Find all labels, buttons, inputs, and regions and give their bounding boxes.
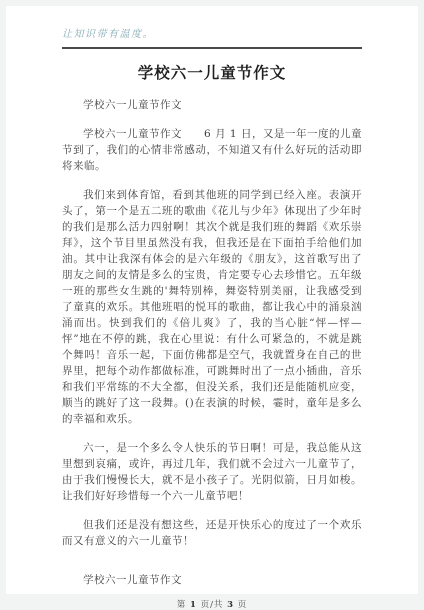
document-content: 让知识带有温度。 学校六一儿童节作文 学校六一儿童节作文 学校六一儿童节作文 6…	[6, 28, 418, 600]
paragraph: 我们来到体育馆，看到其他班的同学到已经入座。表演开头了，第一个是五二班的歌曲《花…	[62, 187, 362, 427]
document-title: 学校六一儿童节作文	[62, 64, 362, 84]
closing-title-line: 学校六一儿童节作文	[62, 572, 362, 588]
paragraph: 学校六一儿童节作文 6 月 1 日，又是一年一度的儿童节到了，我们的心情非常感动…	[62, 126, 362, 174]
essay-body: 学校六一儿童节作文 学校六一儿童节作文 6 月 1 日，又是一年一度的儿童节到了…	[62, 97, 362, 588]
header-slogan: 让知识带有温度。	[62, 28, 362, 42]
header-divider	[62, 47, 362, 49]
paragraph: 六一，是一个多么令人快乐的节日啊！可是，我总能从这里想到哀痛，或许，再过几年，我…	[62, 440, 362, 504]
paragraph: 学校六一儿童节作文	[62, 97, 362, 113]
paragraph: 但我们还是没有想这些，还是开快乐心的度过了一个欢乐而又有意义的六一儿童节！	[62, 517, 362, 549]
document-page: 让知识带有温度。 学校六一儿童节作文 学校六一儿童节作文 学校六一儿童节作文 6…	[6, 6, 418, 594]
